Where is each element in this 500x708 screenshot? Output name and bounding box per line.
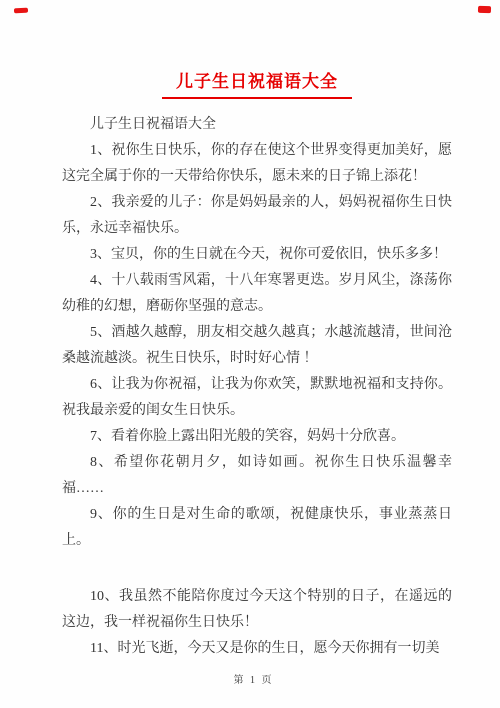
paragraph: 11、时光飞逝，今天又是你的生日，愿今天你拥有一切美 [62, 636, 452, 662]
paragraph: 7、看着你脸上露出阳光般的笑容，妈妈十分欣喜。 [62, 424, 452, 450]
paragraph-list: 1、祝你生日快乐，你的存在使这个世界变得更加美好，愿这完全属于你的一天带给你快乐… [62, 138, 452, 662]
paragraph: 3、宝贝，你的生日就在今天，祝你可爱依旧，快乐多多！ [62, 242, 452, 268]
paragraph: 2、我亲爱的儿子：你是妈妈最亲的人，妈妈祝福你生日快乐，永远幸福快乐。 [62, 190, 452, 242]
paragraph: 1、祝你生日快乐，你的存在使这个世界变得更加美好，愿这完全属于你的一天带给你快乐… [62, 138, 452, 190]
title-row: 儿子生日祝福语大全 [42, 69, 472, 99]
document-page: 儿子生日祝福语大全 儿子生日祝福语大全 1、祝你生日快乐，你的存在使这个世界变得… [0, 0, 500, 708]
paragraph: 9、你的生日是对生命的歌颂，祝健康快乐，事业蒸蒸日上。 [62, 502, 452, 554]
paragraph: 10、我虽然不能陪你度过今天这个特别的日子，在遥远的这边，我一样祝福你生日快乐！ [62, 584, 452, 636]
paragraph: 6、让我为你祝福，让我为你欢笑，默默地祝福和支持你。祝我最亲爱的闺女生日快乐。 [62, 372, 452, 424]
paragraph: 5、酒越久越醇，朋友相交越久越真；水越流越清，世间沧桑越流越淡。祝生日快乐，时时… [62, 320, 452, 372]
paragraph: 8、希望你花朝月夕，如诗如画。祝你生日快乐温馨幸福…… [62, 450, 452, 502]
document-subtitle: 儿子生日祝福语大全 [62, 112, 452, 138]
document-body: 儿子生日祝福语大全 1、祝你生日快乐，你的存在使这个世界变得更加美好，愿这完全属… [62, 112, 452, 662]
red-corner-mark-left-icon [14, 8, 28, 14]
document-title: 儿子生日祝福语大全 [162, 69, 352, 99]
page-number-label: 第 1 页 [234, 675, 274, 686]
red-corner-mark-right-icon [478, 6, 491, 13]
paragraph: 4、十八载雨雪风霜，十八年寒署更迭。岁月风尘，涤荡你幼稚的幻想，磨砺你坚强的意志… [62, 268, 452, 320]
page-footer: 第 1 页 [55, 671, 452, 691]
